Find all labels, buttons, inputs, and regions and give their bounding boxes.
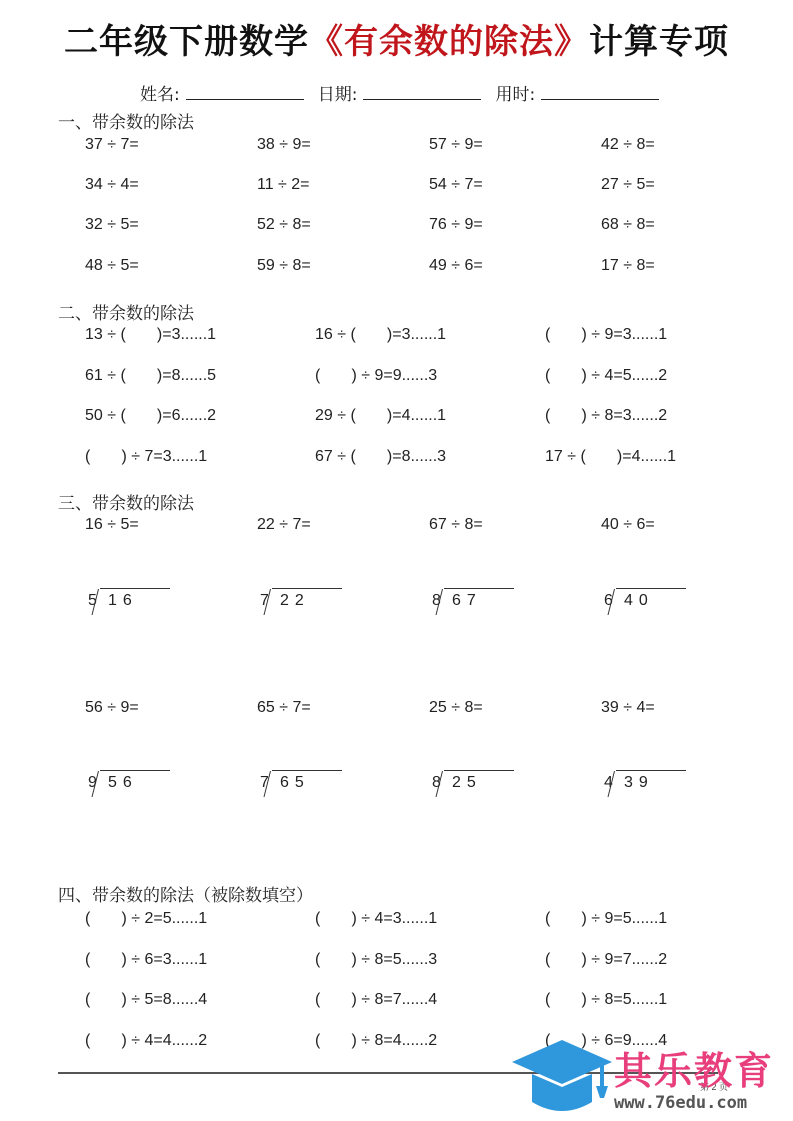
problem: 16 ÷ ( )=3......1 [315,326,446,344]
problem: 67 ÷ 8= [429,516,483,534]
problem: ( ) ÷ 9=3......1 [545,326,667,344]
problem: ( ) ÷ 4=3......1 [315,910,437,928]
problem: 42 ÷ 8= [601,136,655,154]
problem: 17 ÷ ( )=4......1 [545,448,676,466]
problem: ( ) ÷ 8=3......2 [545,407,667,425]
problem: 39 ÷ 4= [601,699,655,717]
problem: ( ) ÷ 7=3......1 [85,448,207,466]
problem: 27 ÷ 5= [601,176,655,194]
time-field[interactable] [541,83,659,100]
problem: 57 ÷ 9= [429,136,483,154]
section-1-title: 一、带余数的除法 [58,108,194,133]
problem: 68 ÷ 8= [601,216,655,234]
problem: 17 ÷ 8= [601,257,655,275]
problem: 52 ÷ 8= [257,216,311,234]
problem: 16 ÷ 5= [85,516,139,534]
section-2-title: 二、带余数的除法 [58,299,194,324]
section-4-title: 四、带余数的除法（被除数填空） [58,881,313,906]
problem: 37 ÷ 7= [85,136,139,154]
problem: 38 ÷ 9= [257,136,311,154]
student-info-row: 姓名: 日期: 用时: [140,80,667,105]
problem: ( ) ÷ 6=3......1 [85,951,207,969]
graduation-cap-icon [512,1040,612,1121]
problem: 48 ÷ 5= [85,257,139,275]
name-field[interactable] [186,83,304,100]
title-suffix: 计算专项 [589,22,729,62]
problem: 61 ÷ ( )=8......5 [85,367,216,385]
name-label: 姓名: [140,80,180,105]
problem: 32 ÷ 5= [85,216,139,234]
problem: ( ) ÷ 4=5......2 [545,367,667,385]
problem: ( ) ÷ 5=8......4 [85,991,207,1009]
problem: 56 ÷ 9= [85,699,139,717]
problem: ( ) ÷ 8=7......4 [315,991,437,1009]
problem: ( ) ÷ 4=4......2 [85,1032,207,1050]
time-label: 用时: [495,80,535,105]
problem: 50 ÷ ( )=6......2 [85,407,216,425]
problem: 29 ÷ ( )=4......1 [315,407,446,425]
problem: ( ) ÷ 9=5......1 [545,910,667,928]
problem: 59 ÷ 8= [257,257,311,275]
problem: 54 ÷ 7= [429,176,483,194]
problem: 34 ÷ 4= [85,176,139,194]
section-3-title: 三、带余数的除法 [58,489,194,514]
problem: 22 ÷ 7= [257,516,311,534]
problem: 65 ÷ 7= [257,699,311,717]
watermark-brand: 其乐教育 [614,1040,774,1095]
problem: ( ) ÷ 8=4......2 [315,1032,437,1050]
problem: 40 ÷ 6= [601,516,655,534]
problem: ( ) ÷ 9=9......3 [315,367,437,385]
problem: 67 ÷ ( )=8......3 [315,448,446,466]
problem: 13 ÷ ( )=3......1 [85,326,216,344]
problem: ( ) ÷ 9=7......2 [545,951,667,969]
date-label: 日期: [318,80,358,105]
problem: 25 ÷ 8= [429,699,483,717]
title-prefix: 二年级下册数学 [64,22,309,62]
problem: ( ) ÷ 8=5......1 [545,991,667,1009]
problem: ( ) ÷ 8=5......3 [315,951,437,969]
problem: 11 ÷ 2= [257,176,310,194]
page-title: 二年级下册数学《有余数的除法》计算专项 [0,14,793,63]
watermark-url: www.76edu.com [614,1093,747,1113]
date-field[interactable] [363,83,481,100]
title-highlight: 《有余数的除法》 [309,22,589,62]
problem: 76 ÷ 9= [429,216,483,234]
problem: ( ) ÷ 2=5......1 [85,910,207,928]
problem: 49 ÷ 6= [429,257,483,275]
